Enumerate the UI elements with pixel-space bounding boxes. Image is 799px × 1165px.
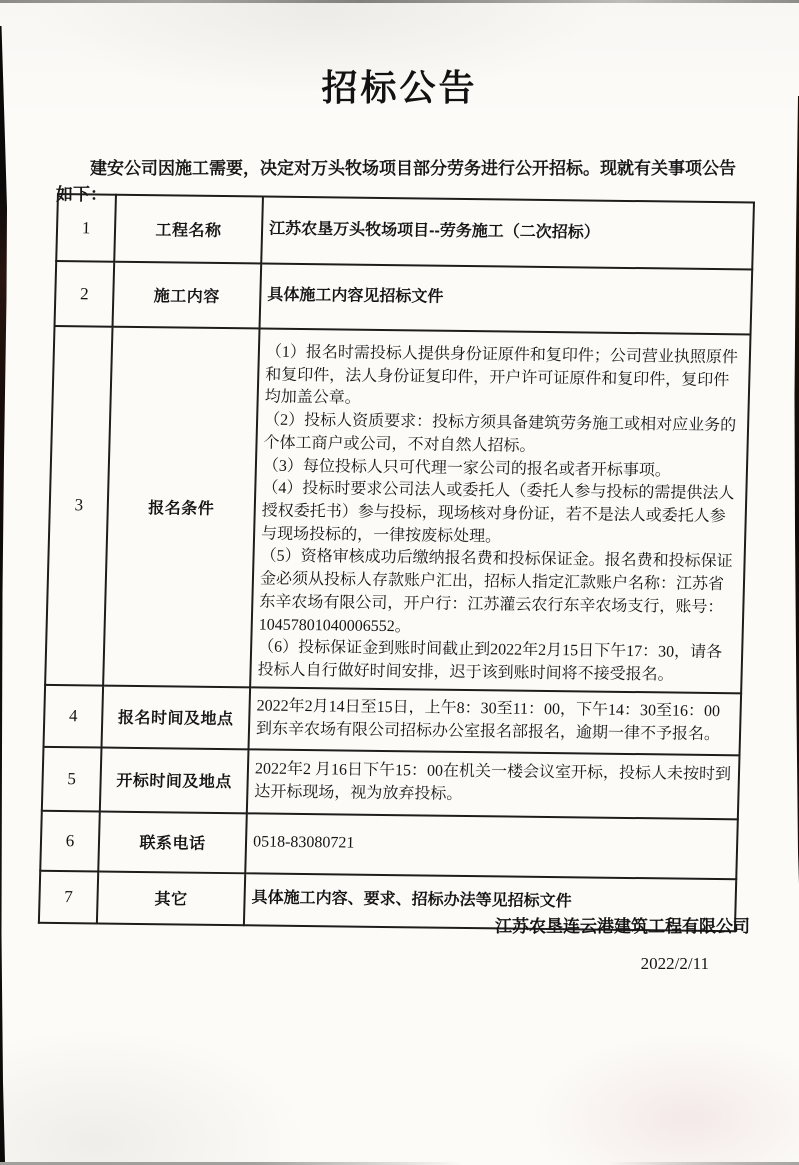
announcement-table-wrap: 1 工程名称 江苏农垦万头牧场项目--劳务施工（二次招标） 2 施工内容 具体施…: [38, 193, 755, 932]
footer-date: 2022/2/11: [641, 954, 709, 974]
table-row: 5 开标时间及地点 2022年2 月16日下午15：00在机关一楼会议室开标，投…: [42, 747, 740, 819]
table-row: 3 报名条件 （1）报名时需投标人提供身份证原件和复印件；公司营业执照原件和复印…: [45, 326, 750, 693]
row-number: 3: [45, 326, 112, 685]
row-content: 0518-83080721: [245, 813, 738, 879]
table-row: 1 工程名称 江苏农垦万头牧场项目--劳务施工（二次招标）: [56, 194, 754, 269]
table-row: 6 联系电话 0518-83080721: [40, 811, 738, 879]
row-content: （1）报名时需投标人提供身份证原件和复印件；公司营业执照原件和复印件，法人身份证…: [250, 328, 750, 693]
row-content: 具体施工内容见招标文件: [260, 263, 753, 334]
table-row: 2 施工内容 具体施工内容见招标文件: [55, 261, 753, 334]
row-label: 工程名称: [114, 195, 263, 264]
row-number: 6: [40, 811, 100, 872]
scan-edge-top: [0, 0, 799, 3]
row-label: 联系电话: [98, 811, 247, 873]
row-label: 开标时间及地点: [100, 747, 249, 813]
row-content: 2022年2月14日至15日，上午8：30至11：00，下午14：30至16：0…: [248, 687, 741, 755]
row-label: 施工内容: [113, 262, 262, 329]
page-title: 招标公告: [0, 60, 799, 111]
scan-edge-right: [792, 96, 799, 884]
row-label: 报名条件: [103, 327, 259, 687]
row-number: 2: [55, 261, 115, 327]
row-number: 1: [56, 194, 116, 262]
table-row: 4 报名时间及地点 2022年2月14日至15日，上午8：30至11：00，下午…: [43, 685, 741, 755]
row-number: 5: [42, 747, 102, 812]
row-number: 4: [43, 685, 103, 748]
footer-company: 江苏农垦连云港建筑工程有限公司: [0, 912, 750, 937]
row-content: 2022年2 月16日下午15：00在机关一楼会议室开标，投标人未按时到达开标现…: [247, 749, 740, 819]
announcement-table: 1 工程名称 江苏农垦万头牧场项目--劳务施工（二次招标） 2 施工内容 具体施…: [38, 193, 755, 932]
row-label: 报名时间及地点: [101, 685, 250, 749]
row-content: 江苏农垦万头牧场项目--劳务施工（二次招标）: [261, 197, 754, 270]
scan-edge-left: [0, 26, 8, 1162]
